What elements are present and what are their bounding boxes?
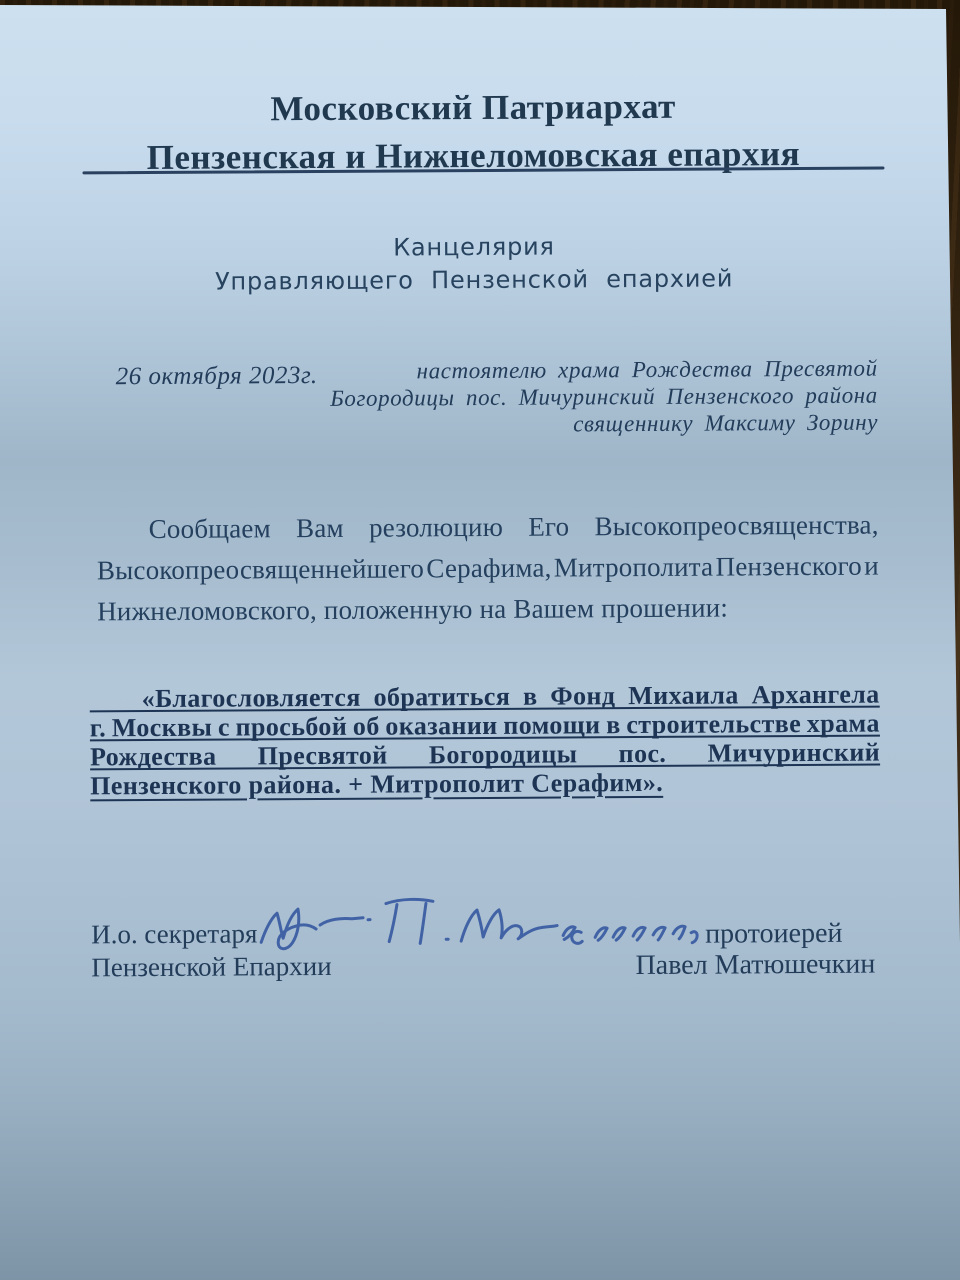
letterhead-office: Канцелярия Управляющего Пензенской епарх…: [0, 228, 949, 300]
signatory-title: протоиерей: [705, 918, 843, 951]
photographed-letter: { "letterhead": { "org_line1": "Московск…: [0, 0, 960, 1280]
resolution-line: РождестваПресвятойБогородицыпос.Мичуринс…: [90, 738, 880, 772]
addressee-line: настоятелю храма Рождества Пресвятой: [318, 355, 878, 385]
letter-content: Московский Патриархат Пензенская и Нижне…: [0, 0, 960, 1280]
addressee-line: священнику Максиму Зорину: [318, 409, 878, 439]
body-line: ВысокопреосвященнейшегоСерафима,Митропол…: [97, 551, 879, 597]
letter-date: 26 октября 2023г.: [116, 362, 318, 391]
office-line-administrator: Управляющего Пензенской епархией: [0, 261, 949, 300]
org-line-diocese: Пензенская и Нижнеломовская епархия: [0, 129, 949, 183]
body-paragraph: СообщаемВамрезолюциюЕгоВысокопреосвященс…: [97, 510, 880, 638]
resolution-paragraph: «БлагословляетсяобратитьсявФондМихаилаАр…: [90, 680, 881, 801]
addressee-line: Богородицы пос. Мичуринский Пензенского …: [318, 382, 878, 412]
resolution-last-text: Пензенского района. + Митрополит Серафим…: [90, 768, 663, 800]
body-line: Нижнеломовского, положенную на Вашем про…: [97, 592, 879, 638]
signatory-name: Павел Матюшечкин: [635, 949, 875, 982]
org-line-patriarchate: Московский Патриархат: [0, 81, 948, 135]
body-line: СообщаемВамрезолюциюЕгоВысокопреосвященс…: [97, 510, 879, 556]
addressee-block: настоятелю храма Рождества Пресвятой Бог…: [318, 355, 878, 439]
resolution-line: Пензенского района. + Митрополит Серафим…: [90, 767, 880, 801]
letter-paper: Московский Патриархат Пензенская и Нижне…: [0, 0, 960, 1280]
